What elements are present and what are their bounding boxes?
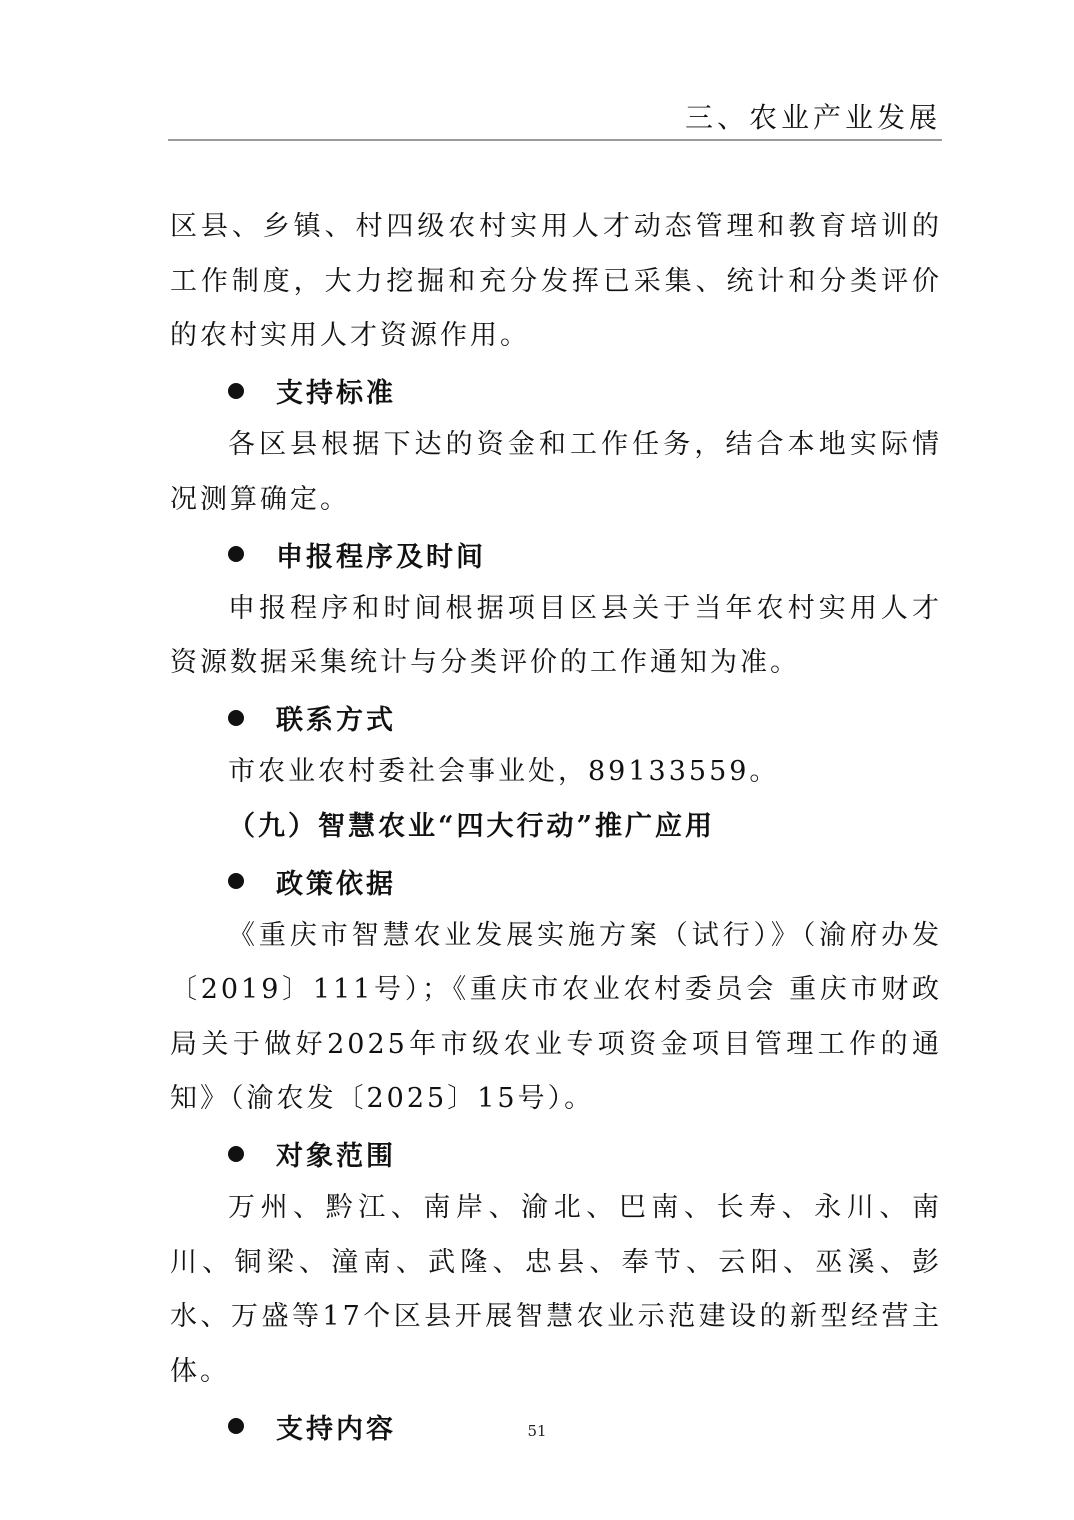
bullet-target-scope: 对象范围 [170,1127,942,1182]
bullet-dot-icon [228,546,244,562]
bullet-label: 对象范围 [276,1134,396,1173]
paragraph-application-procedure: 申报程序和时间根据项目区县关于当年农村实用人才资源数据采集统计与分类评价的工作通… [170,582,942,691]
paragraph-support-standard: 各区县根据下达的资金和工作任务，结合本地实际情况测算确定。 [170,418,942,527]
paragraph-contact: 市农业农村委社会事业处，89133559。 [170,745,942,800]
bullet-dot-icon [228,1146,244,1162]
bullet-support-standard: 支持标准 [170,364,942,419]
header-divider [168,139,942,141]
paragraph-policy-basis: 《重庆市智慧农业发展实施方案（试行）》（渝府办发〔2019〕111号）；《重庆市… [170,909,942,1127]
running-header-title: 三、农业产业发展 [685,96,941,136]
paragraph-talent-management: 区县、乡镇、村四级农村实用人才动态管理和教育培训的工作制度，大力挖掘和充分发挥已… [170,200,942,364]
page-body: 区县、乡镇、村四级农村实用人才动态管理和教育培训的工作制度，大力挖掘和充分发挥已… [170,200,942,1454]
bullet-label: 申报程序及时间 [276,535,486,574]
section-heading-smart-agriculture: （九）智慧农业“四大行动”推广应用 [170,800,942,855]
page-number: 51 [0,1422,1074,1440]
paragraph-target-scope: 万州、黔江、南岸、渝北、巴南、长寿、永川、南川、铜梁、潼南、武隆、忠县、奉节、云… [170,1181,942,1399]
bullet-label: 联系方式 [276,698,396,737]
bullet-label: 政策依据 [276,862,396,901]
bullet-label: 支持标准 [276,371,396,410]
bullet-policy-basis: 政策依据 [170,854,942,909]
bullet-dot-icon [228,873,244,889]
bullet-dot-icon [228,710,244,726]
bullet-application-procedure: 申报程序及时间 [170,527,942,582]
bullet-dot-icon [228,383,244,399]
bullet-contact: 联系方式 [170,691,942,746]
